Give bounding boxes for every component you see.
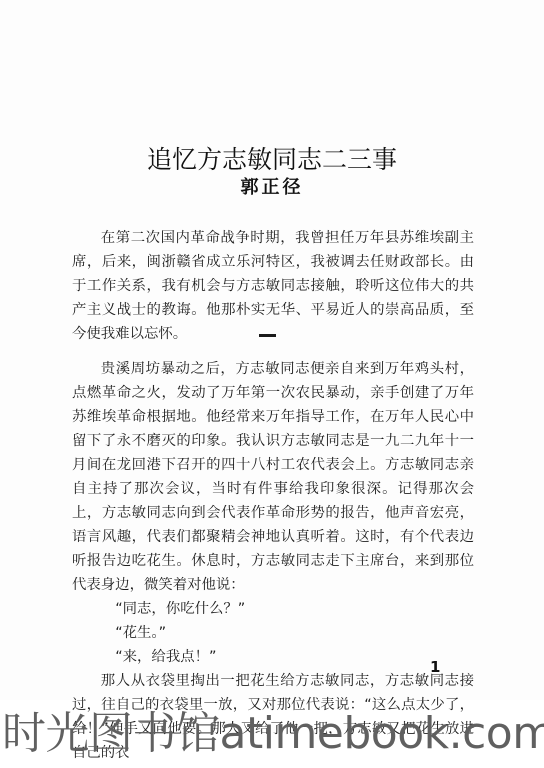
dialogue-line: “来，给我点！” <box>72 645 474 669</box>
article-author: 郭正径 <box>0 173 544 199</box>
section-one-paragraph-1: 贵溪周坊暴动之后，方志敏同志便亲自来到万年鸡头村，点燃革命之火，发动了万年第一次… <box>72 357 474 597</box>
watermark-text: 时光图书馆atimebook.com <box>2 703 542 765</box>
article-title: 追忆方志敏同志二三事 <box>0 140 544 176</box>
section-marker-one <box>259 334 276 337</box>
page-number: 1 <box>430 658 440 676</box>
dialogue-line: “花生。” <box>72 621 474 645</box>
intro-section: 在第二次国内革命战争时期，我曾担任万年县苏维埃副主席，后来，闽浙赣省成立乐河特区… <box>72 226 474 346</box>
intro-paragraph: 在第二次国内革命战争时期，我曾担任万年县苏维埃副主席，后来，闽浙赣省成立乐河特区… <box>72 226 474 346</box>
scanned-book-page: 追忆方志敏同志二三事 郭正径 在第二次国内革命战争时期，我曾担任万年县苏维埃副主… <box>0 0 544 700</box>
dialogue-line: “同志，你吃什么？” <box>72 597 474 621</box>
